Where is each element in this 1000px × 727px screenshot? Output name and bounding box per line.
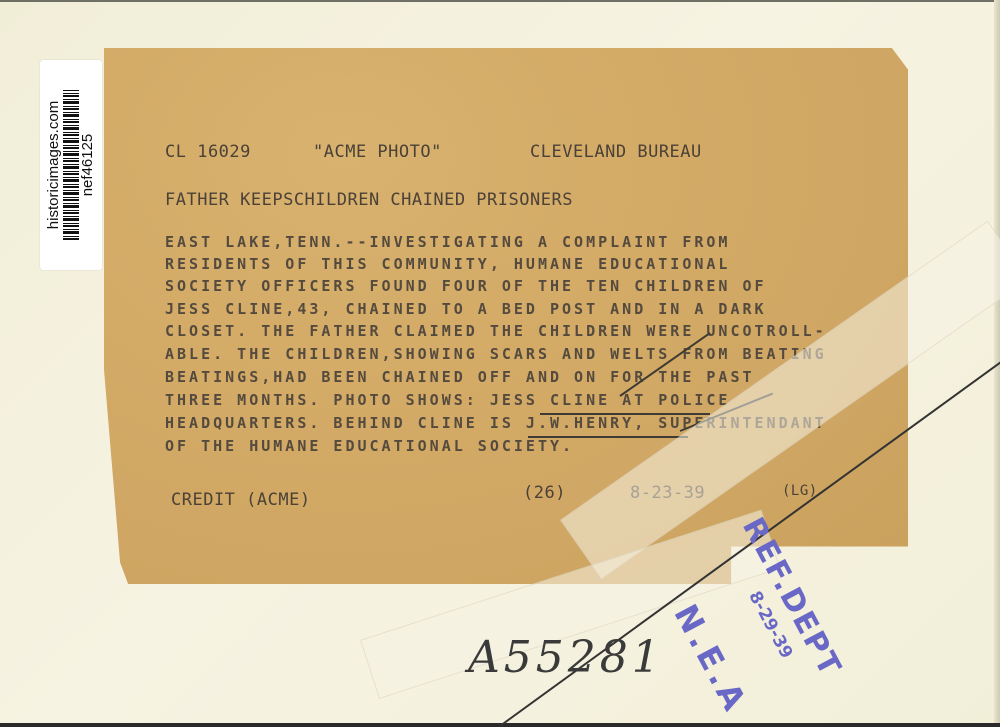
handwritten-catalog-number: A55281 [468, 632, 664, 683]
caption-body-line: RESIDENTS OF THIS COMMUNITY, HUMANE EDUC… [165, 255, 730, 273]
caption-agency: "ACME PHOTO" [313, 142, 442, 162]
caption-code: (26) [523, 483, 566, 503]
barcode-site-text: historicimages.com [46, 101, 62, 229]
caption-number: CL 16029 [165, 142, 251, 162]
barcode-id-text: nef46125 [80, 134, 96, 197]
caption-body-line: ABLE. THE CHILDREN,SHOWING SCARS AND WEL… [165, 345, 827, 363]
caption-body-line: THREE MONTHS. PHOTO SHOWS: JESS CLINE AT… [165, 391, 730, 409]
pencil-underline-jess-cline [540, 413, 710, 415]
caption-headline: FATHER KEEPSCHILDREN CHAINED PRISONERS [165, 190, 573, 210]
caption-body-line: OF THE HUMANE EDUCATIONAL SOCIETY. [165, 437, 574, 455]
caption-bureau: CLEVELAND BUREAU [530, 142, 702, 162]
caption-body-line: JESS CLINE,43, CHAINED TO A BED POST AND… [165, 300, 767, 318]
caption-credit: CREDIT (ACME) [171, 490, 311, 510]
caption-body-line: EAST LAKE,TENN.--INVESTIGATING A COMPLAI… [165, 233, 730, 251]
pencil-underline-henry [528, 436, 688, 438]
caption-body-line: SOCIETY OFFICERS FOUND FOUR OF THE TEN C… [165, 277, 767, 295]
barcode-icon [63, 90, 79, 240]
caption-body-line: CLOSET. THE FATHER CLAIMED THE CHILDREN … [165, 322, 827, 340]
photo-top-edge [0, 0, 1000, 2]
caption-body-line: BEATINGS,HAD BEEN CHAINED OFF AND ON FOR… [165, 368, 755, 386]
barcode-label: historicimages.com nef46125 [40, 60, 102, 270]
